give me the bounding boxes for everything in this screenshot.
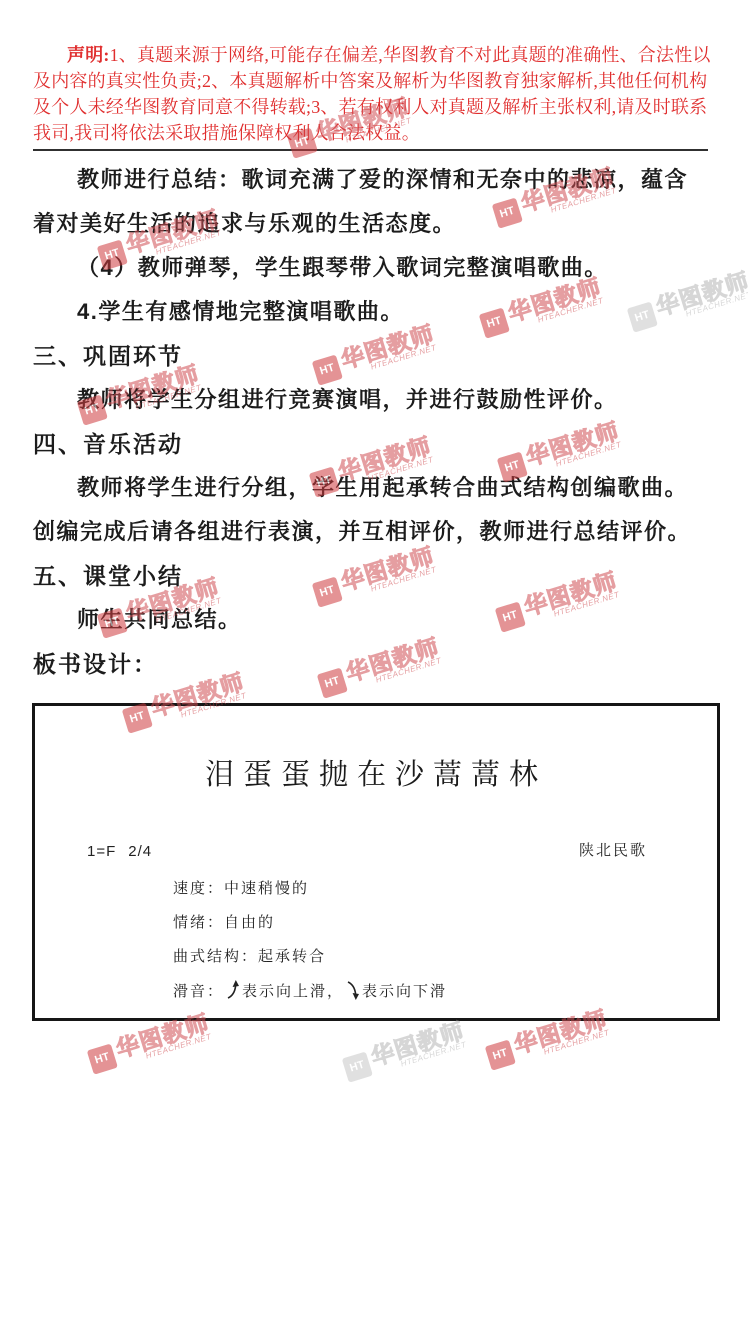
glide-down-text: 表示向下滑 bbox=[362, 982, 447, 1000]
legal-disclaimer: 声明:1、真题来源于网络,可能存在偏差,华图教育不对此真题的准确性、合法性以及内… bbox=[33, 0, 718, 146]
huatu-logo-icon: HT bbox=[87, 1043, 118, 1074]
disclaimer-label: 声明: bbox=[67, 45, 110, 65]
watermark-domain: HTEACHER.NET bbox=[145, 1032, 214, 1060]
paragraph: 师生共同总结。 bbox=[33, 605, 715, 635]
paragraph: （4）教师弹琴，学生跟琴带入歌词完整演唱歌曲。 bbox=[33, 253, 715, 283]
page-content: 声明:1、真题来源于网络,可能存在偏差,华图教育不对此真题的准确性、合法性以及内… bbox=[0, 0, 748, 1021]
song-title: 泪蛋蛋抛在沙蒿蒿林 bbox=[35, 752, 717, 793]
paragraph: 教师进行总结：歌词充满了爱的深情和无奈中的悲凉，蕴含 bbox=[33, 165, 715, 195]
document-page: 声明:1、真题来源于网络,可能存在偏差,华图教育不对此真题的准确性、合法性以及内… bbox=[0, 0, 748, 1334]
glide-up-text: 表示向上滑， bbox=[242, 982, 344, 1000]
song-origin: 陕北民歌 bbox=[579, 839, 647, 860]
mood-line: 情绪：自由的 bbox=[173, 912, 697, 932]
structure-line: 曲式结构：起承转合 bbox=[173, 946, 697, 966]
section-heading: 五、课堂小结 bbox=[33, 561, 715, 591]
section-heading: 三、巩固环节 bbox=[33, 341, 715, 371]
watermark-domain: HTEACHER.NET bbox=[543, 1028, 612, 1056]
section-divider-line bbox=[33, 149, 708, 151]
watermark-text: 华图教师 bbox=[369, 1019, 468, 1069]
tempo-line: 速度：中速稍慢的 bbox=[173, 878, 697, 898]
huatu-logo-icon: HT bbox=[342, 1051, 373, 1082]
key-and-meter: 1=F2/4 bbox=[87, 843, 152, 860]
paragraph: 教师将学生分组进行竞赛演唱，并进行鼓励性评价。 bbox=[33, 385, 715, 415]
glide-line: 滑音：表示向上滑，表示向下滑 bbox=[173, 980, 697, 1001]
glide-label: 滑音： bbox=[173, 982, 224, 1000]
glide-up-icon bbox=[226, 980, 240, 1000]
key-signature: 1=F bbox=[87, 843, 116, 860]
time-signature: 2/4 bbox=[128, 843, 152, 860]
huatu-logo-icon: HT bbox=[485, 1039, 516, 1070]
paragraph: 教师将学生进行分组，学生用起承转合曲式结构创编歌曲。 bbox=[33, 473, 715, 503]
watermark-domain: HTEACHER.NET bbox=[400, 1040, 469, 1068]
paragraph: 4.学生有感情地完整演唱歌曲。 bbox=[33, 297, 715, 327]
document-paragraphs: 教师进行总结：歌词充满了爱的深情和无奈中的悲凉，蕴含着对美好生活的追求与乐观的生… bbox=[33, 165, 715, 679]
huatu-watermark: HT华图教师HTEACHER.NET bbox=[341, 1019, 469, 1084]
section-heading: 板书设计： bbox=[33, 649, 715, 679]
watermark-text-block: 华图教师HTEACHER.NET bbox=[369, 1019, 470, 1076]
blackboard-design-box: 泪蛋蛋抛在沙蒿蒿林 1=F2/4 陕北民歌 速度：中速稍慢的 情绪：自由的 曲式… bbox=[32, 703, 720, 1021]
song-attributes: 速度：中速稍慢的 情绪：自由的 曲式结构：起承转合 滑音：表示向上滑，表示向下滑 bbox=[173, 878, 697, 1001]
paragraph: 着对美好生活的追求与乐观的生活态度。 bbox=[33, 209, 715, 239]
section-heading: 四、音乐活动 bbox=[33, 429, 715, 459]
glide-down-icon bbox=[346, 980, 360, 1000]
disclaimer-text: 1、真题来源于网络,可能存在偏差,华图教育不对此真题的准确性、合法性以及内容的真… bbox=[33, 45, 711, 143]
song-meta-row: 1=F2/4 陕北民歌 bbox=[87, 839, 647, 860]
huatu-watermark: HT华图教师HTEACHER.NET bbox=[86, 1011, 214, 1076]
paragraph: 创编完成后请各组进行表演，并互相评价，教师进行总结评价。 bbox=[33, 517, 715, 547]
